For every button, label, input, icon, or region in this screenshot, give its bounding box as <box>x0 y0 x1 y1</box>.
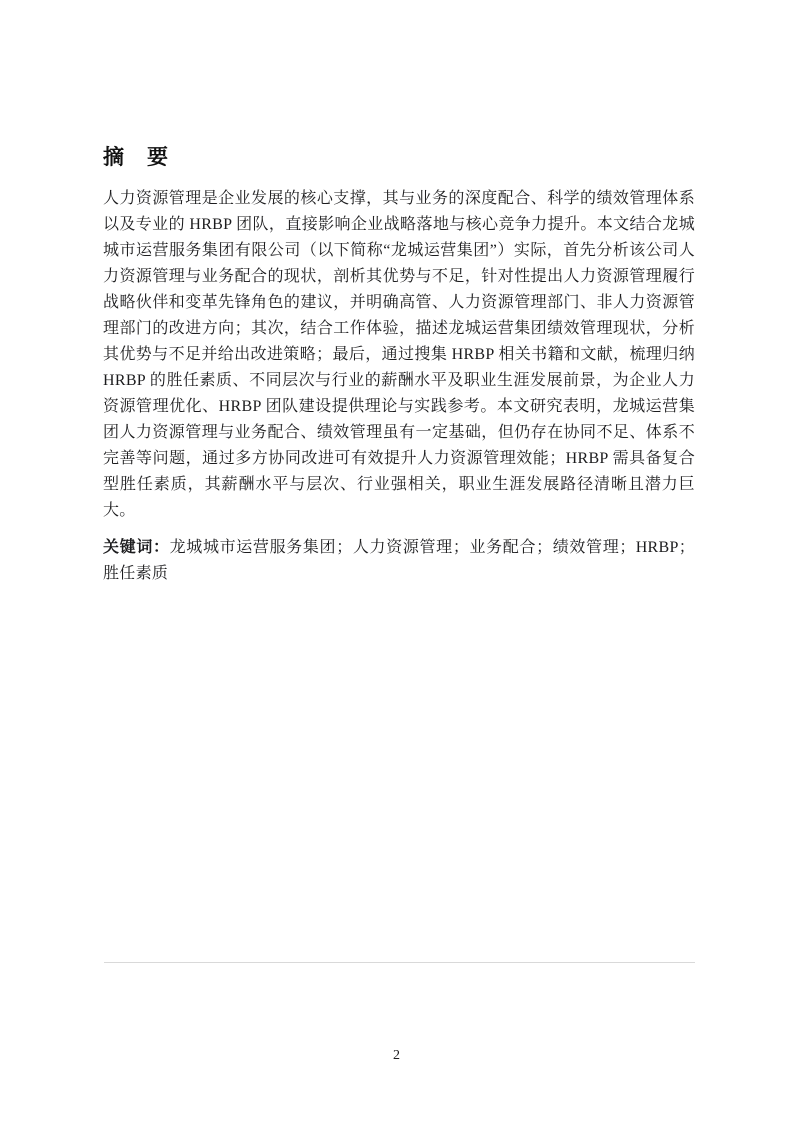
page-title: 摘 要 <box>103 141 695 171</box>
page-number: 2 <box>0 1048 793 1064</box>
keywords-paragraph: 关键词：龙城城市运营服务集团；人力资源管理；业务配合；绩效管理；HRBP；胜任素… <box>103 535 695 587</box>
footer-divider <box>104 962 695 963</box>
abstract-section: 摘 要 人力资源管理是企业发展的核心支撑，其与业务的深度配合、科学的绩效管理体系… <box>103 141 695 587</box>
keywords-text: 龙城城市运营服务集团；人力资源管理；业务配合；绩效管理；HRBP；胜任素质 <box>103 539 695 582</box>
abstract-paragraph: 人力资源管理是企业发展的核心支撑，其与业务的深度配合、科学的绩效管理体系以及专业… <box>103 186 695 524</box>
keywords-label: 关键词： <box>103 539 170 556</box>
document-page: 摘 要 人力资源管理是企业发展的核心支撑，其与业务的深度配合、科学的绩效管理体系… <box>0 0 793 1122</box>
